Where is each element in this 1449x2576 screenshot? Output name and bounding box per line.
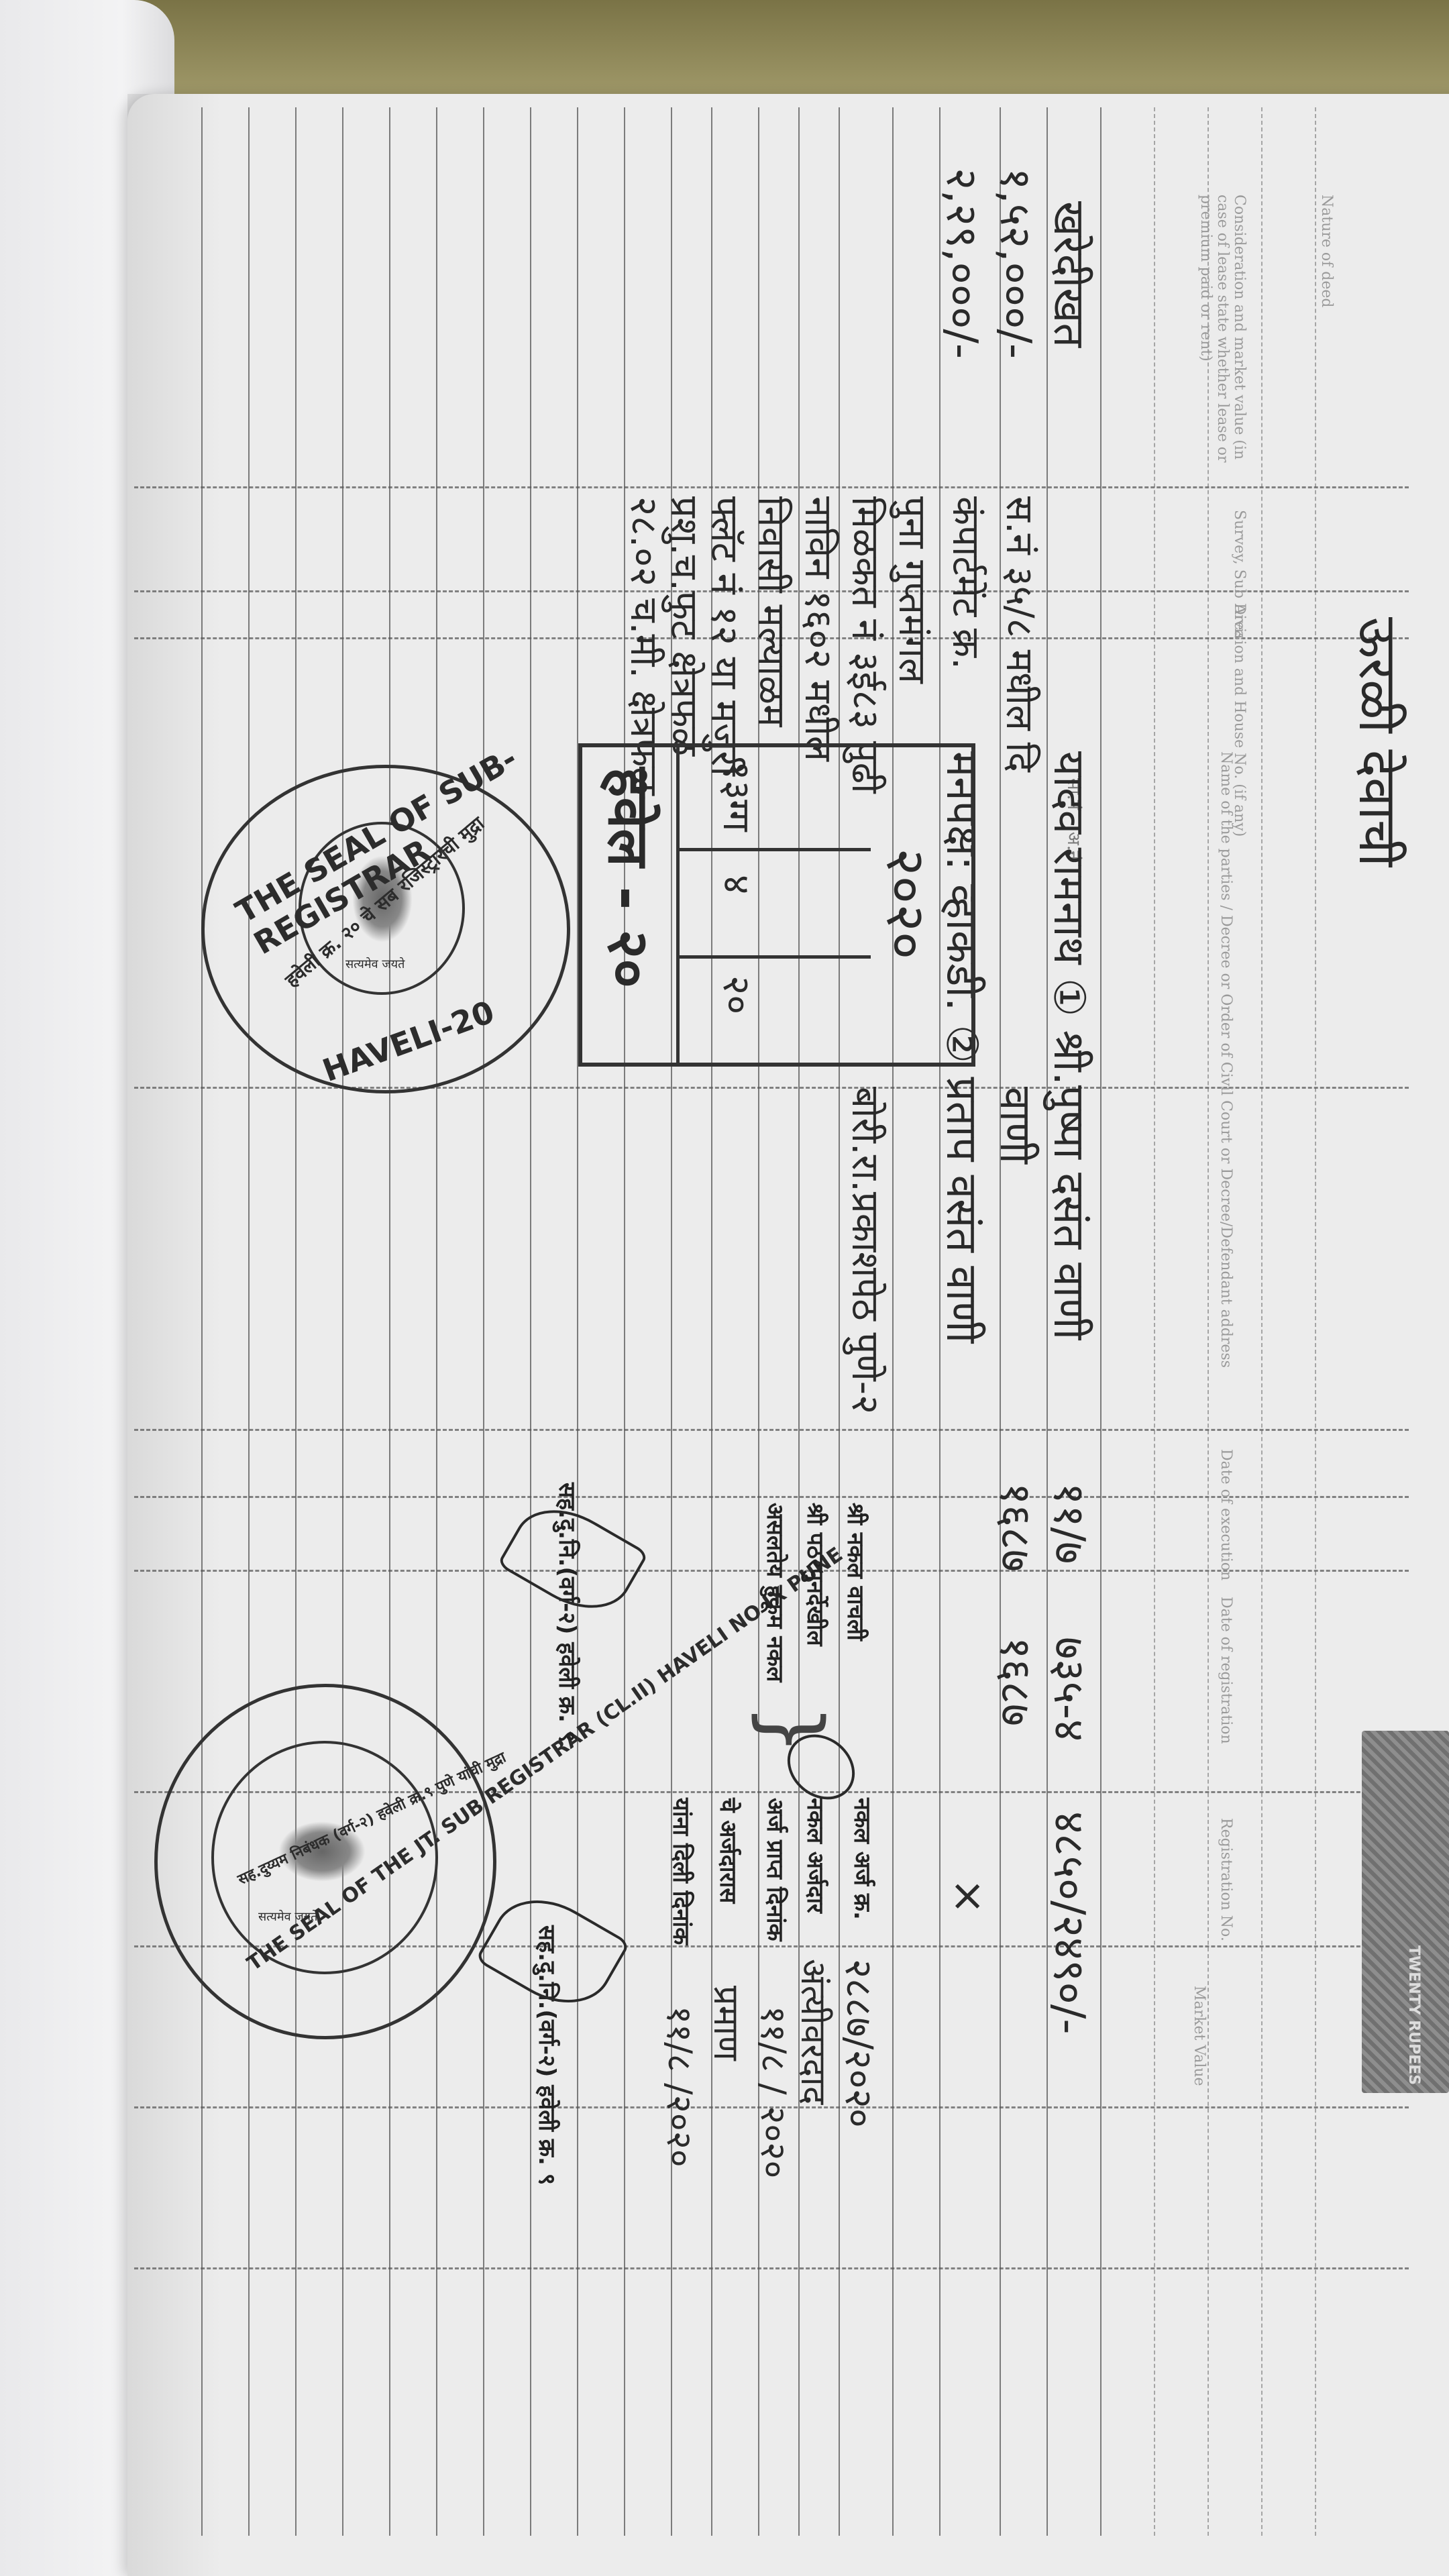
stamp-year: २०२० [871,848,945,959]
issued-date-value: ११/८ /२०२० [657,2006,704,2167]
margin-annotation: ऊरळी देवाची [1344,617,1415,867]
delivered-label: चे अर्जदारास [714,1798,745,1903]
application-no-value: २८८७/२०२० [835,1959,885,2128]
seal-2-motto: सत्यमेव जयते [258,1909,317,1925]
received-date-value: ११/८ / २०२० [751,2006,798,2178]
party-1-name: यादव रामनाथ ① श्री.पुष्पा दसंत वाणी [1042,751,1100,1340]
header-registration-no: Registration No. [1218,1818,1234,1941]
stamp-cell-1: १३ग्ग [712,761,763,832]
consideration-amount: १,५२,०००/- [988,168,1046,359]
market-value-amount: २,२९,०००/- [934,168,993,359]
compartment-number: कंपार्टमेंट क्र. [942,496,993,669]
header-date-execution: Date of execution [1218,1449,1234,1580]
copy-read-label: श्री नकल वाचली [841,1503,872,1641]
survey-number: स.नं ३५/८ मधील दि [996,496,1046,772]
deed-type: खरेदीखत [1042,201,1100,347]
copy-compared-label: श्री पठरपुनर्देखील [801,1503,832,1646]
copy-authentic-label: असलतेय हुकूम नकल [761,1503,792,1682]
revenue-stamp-text: TWENTY RUPEES [1405,1945,1422,2085]
sub-registrar-seal: THE SEAL OF SUB-REGISTRAR हवेली क्र. २० … [201,765,570,1093]
seal-1-motto: सत्यमेव जयते [345,956,405,972]
date-of-execution: ११/७ [1042,1483,1100,1564]
header-parties: Name of the parties / Decree or Order of… [1218,751,1234,1368]
stamp-duty-fees: ४८५०/२४९०/- [1042,1811,1100,2034]
registration-stamp-box: हवेल - २० १३ग्ग ४ २० २०२० [578,743,975,1067]
received-date-label: अर्ज प्राप्त दिनांक [761,1798,792,1941]
header-market-value: Market Value [1191,1986,1207,2086]
page-shade [127,94,221,2576]
property-line: नाविन १६०२ मधील [794,496,845,761]
register-page [127,94,1449,2576]
stamp-cell-3: २० [712,975,763,1014]
party-1-surname: वाणी [988,1087,1046,1164]
header-consideration: Consideration and market value (in case … [1197,195,1248,476]
stamp-cell-2: ४ [712,875,763,894]
registration-no-b: १६८७ [988,1637,1046,1726]
header-date-registration: Date of registration [1218,1597,1234,1744]
delivered-value: प्रमाण [704,1986,751,2061]
issued-date-label: यांना दिली दिनांक [667,1798,698,1945]
jt-sub-registrar-seal: THE SEAL OF THE JT. SUB REGISTRAR (CL.II… [154,1684,496,2039]
date-of-registration: ७३५-४ [1042,1637,1100,1741]
cross-mark: × [943,1878,993,1915]
property-line: पुना गुप्तमंगल [888,496,939,684]
revenue-stamp: TWENTY RUPEES [1362,1731,1449,2093]
applicant-label: नकल अर्जदार [801,1798,832,1913]
header-nature-of-deed: Nature of deed [1318,195,1335,308]
property-line: निवासी मल्याळम [747,496,798,727]
application-no-label: नकल अर्ज क्र. [848,1798,879,1920]
stamp-office-title: हवेल - २० [592,767,669,988]
party-2-address: बोरी.रा.प्रकाशपेठ पुणे-२ [841,1087,892,1414]
header-area: Area [1231,604,1248,639]
registration-no-a: १६८७ [988,1483,1046,1572]
